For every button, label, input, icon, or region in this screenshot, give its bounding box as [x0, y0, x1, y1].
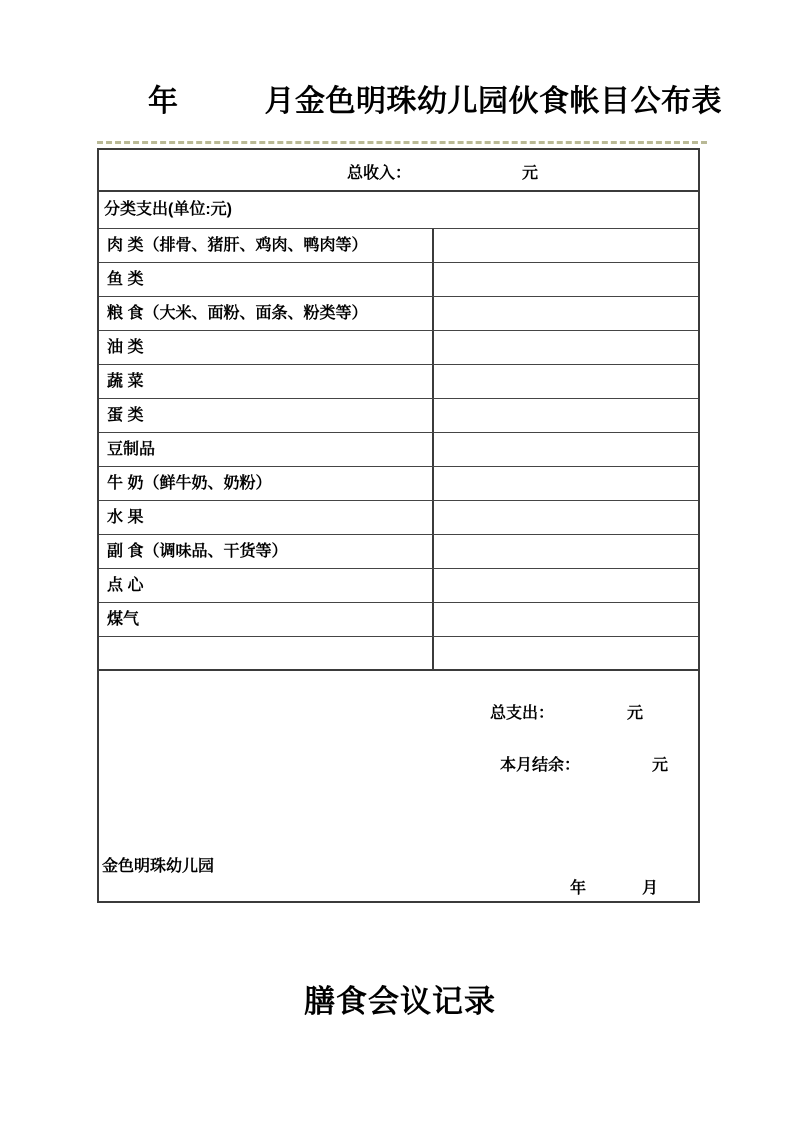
row-value-cell[interactable]	[434, 501, 698, 534]
date-month-label: 月	[642, 878, 658, 900]
income-row: 总收入： 元	[99, 150, 698, 192]
table-row-fruit: 水 果	[99, 501, 698, 535]
table-row-empty	[99, 637, 698, 671]
row-label: 粮 食（大米、面粉、面条、粉类等）	[99, 297, 434, 330]
row-value-cell[interactable]	[434, 297, 698, 330]
row-label: 蔬 菜	[99, 365, 434, 398]
row-value-cell[interactable]	[434, 637, 698, 669]
table-row-meat: 肉 类（排骨、猪肝、鸡肉、鸭肉等）	[99, 229, 698, 263]
row-label: 鱼 类	[99, 263, 434, 296]
date-month-blank[interactable]	[591, 878, 636, 898]
income-label: 总收入：	[347, 160, 411, 183]
balance-label: 本月结余：	[500, 755, 580, 777]
row-value-cell[interactable]	[434, 433, 698, 466]
page-title: 年月金色明珠幼儿园伙食帐目公布表	[148, 82, 722, 122]
table-row-egg: 蛋 类	[99, 399, 698, 433]
row-value-cell[interactable]	[434, 603, 698, 636]
row-value-cell[interactable]	[434, 331, 698, 364]
row-value-cell[interactable]	[434, 263, 698, 296]
table-row-side-food: 副 食（调味品、干货等）	[99, 535, 698, 569]
category-header-label: 分类支出(单位:元)	[104, 201, 232, 218]
row-label: 副 食（调味品、干货等）	[99, 535, 434, 568]
table-row-gas: 煤气	[99, 603, 698, 637]
row-value-cell[interactable]	[434, 569, 698, 602]
table-row-snack: 点 心	[99, 569, 698, 603]
total-expense-label: 总支出：	[490, 703, 554, 725]
row-label: 水 果	[99, 501, 434, 534]
table-row-grain: 粮 食（大米、面粉、面条、粉类等）	[99, 297, 698, 331]
row-label: 油 类	[99, 331, 434, 364]
row-label: 豆制品	[99, 433, 434, 466]
page-title-main: 月金色明珠幼儿园伙食帐目公布表	[265, 85, 723, 118]
summary-section: 总支出： 元 本月结余： 元 金色明珠幼儿园 年 月	[99, 671, 698, 901]
row-value-cell[interactable]	[434, 229, 698, 262]
row-value-cell[interactable]	[434, 535, 698, 568]
row-value-cell[interactable]	[434, 365, 698, 398]
total-expense-unit: 元	[627, 703, 643, 725]
page-title-year: 年	[148, 85, 179, 118]
row-label: 蛋 类	[99, 399, 434, 432]
table-row-fish: 鱼 类	[99, 263, 698, 297]
table-row-vegetable: 蔬 菜	[99, 365, 698, 399]
category-header-row: 分类支出(单位:元)	[99, 192, 698, 229]
row-label: 点 心	[99, 569, 434, 602]
balance-blank[interactable]	[589, 755, 644, 775]
table-row-oil: 油 类	[99, 331, 698, 365]
row-value-cell[interactable]	[434, 399, 698, 432]
row-label	[99, 637, 434, 669]
title-divider	[97, 141, 707, 144]
date-year-label: 年	[570, 878, 586, 900]
table-row-milk: 牛 奶（鲜牛奶、奶粉）	[99, 467, 698, 501]
signature-kindergarten-name: 金色明珠幼儿园	[102, 856, 214, 878]
balance-unit: 元	[652, 755, 668, 777]
income-amount-blank[interactable]	[417, 160, 517, 180]
row-label: 煤气	[99, 603, 434, 636]
row-label: 牛 奶（鲜牛奶、奶粉）	[99, 467, 434, 500]
income-unit: 元	[522, 160, 538, 183]
meal-meeting-record-heading: 膳食会议记录	[0, 976, 800, 1021]
title-year-blank[interactable]	[179, 110, 265, 111]
row-value-cell[interactable]	[434, 467, 698, 500]
account-table: 总收入： 元 分类支出(单位:元) 肉 类（排骨、猪肝、鸡肉、鸭肉等） 鱼 类 …	[97, 148, 700, 903]
total-expense-blank[interactable]	[559, 703, 619, 723]
table-row-bean-product: 豆制品	[99, 433, 698, 467]
row-label: 肉 类（排骨、猪肝、鸡肉、鸭肉等）	[99, 229, 434, 262]
